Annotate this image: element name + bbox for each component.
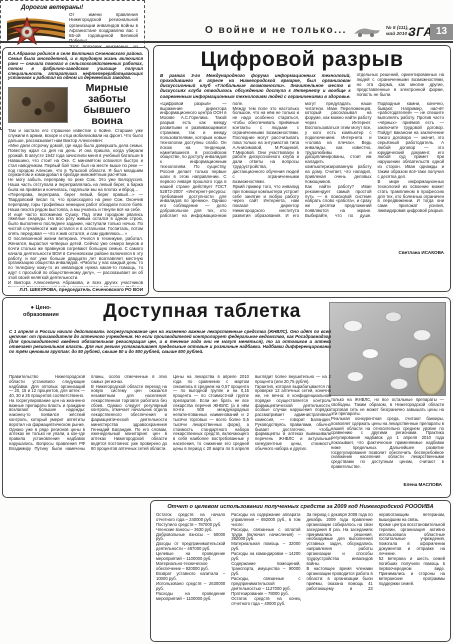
war-article-lead: В.А.Абрамов родился в селе Болтинка Сече… xyxy=(8,52,143,81)
tablet-kicker: ● Цено- образование xyxy=(11,305,71,319)
report-columns: Остаток средств на начало отчетного года… xyxy=(156,513,445,631)
digital-article-body: «Цифровой разрыв» — выражение директора … xyxy=(160,102,444,248)
report-column-income: Остаток средств на начало отчетного года… xyxy=(156,513,225,631)
newspaper-logo: ЗГА xyxy=(408,25,433,39)
report-title: Отчет о целевом использовании полученных… xyxy=(156,504,445,511)
war-title-row: Мирные заботы бывшего воина xyxy=(8,83,143,127)
header-vignette-icon xyxy=(352,24,382,39)
newspaper-page: О войне и не только... № 5 (111), май 20… xyxy=(0,0,453,644)
digital-article-title: Цифровой разрыв xyxy=(160,49,444,71)
tablet-article-right-column: только на ЖНВЛС, но все остальные препар… xyxy=(331,398,444,478)
article-tablet: ● Цено- образование Доступная таблетка С… xyxy=(2,297,451,498)
digital-article-byline: Светлана ИСАКОВА xyxy=(160,250,444,255)
veteran-war-photo xyxy=(8,87,68,123)
report-column-expenses: Расходы на содержание аппарата управлени… xyxy=(231,513,300,631)
digital-article-lead: В рамках 3-го Международного форума инфо… xyxy=(160,73,351,99)
veterans-greeting-heading: Дорогие ветераны! xyxy=(21,4,138,11)
article-war-veteran: В.А.Абрамов родился в селе Болтинка Сече… xyxy=(2,47,149,296)
war-article-body: Там и застало его страшное известие о во… xyxy=(8,129,143,287)
page-number: 13 xyxy=(430,24,453,40)
war-article-title: Мирные заботы бывшего воина xyxy=(71,83,143,127)
digital-lead-side-text: отдельных решений, ориентированных на лю… xyxy=(357,73,444,99)
article-digital-divide: Цифровой разрыв В рамках 3-го Международ… xyxy=(153,45,451,292)
war-article-byline: Л.П. ШЕКУРОВА, председатель Сеченовского… xyxy=(8,287,143,292)
report-block: Отчет о целевом использовании полученных… xyxy=(150,500,451,642)
pills-photo xyxy=(329,302,446,396)
digital-lead-row: В рамках 3-го Международного форума инфо… xyxy=(160,73,444,99)
victory-order-image xyxy=(7,13,65,51)
tablet-article-title: Доступная таблетка xyxy=(71,301,333,323)
tablet-article-lead: С 1 апреля в России начало действовать г… xyxy=(9,329,331,354)
section-title: О войне и не только... xyxy=(205,25,347,36)
tablet-article-byline: Елена МАСЛОВА xyxy=(403,482,442,487)
report-narrative: За период с декабря 2008 года по декабрь… xyxy=(307,513,446,631)
tablet-article-body: Правительство Нижегородской области уста… xyxy=(9,375,331,485)
header-rule xyxy=(0,41,453,43)
